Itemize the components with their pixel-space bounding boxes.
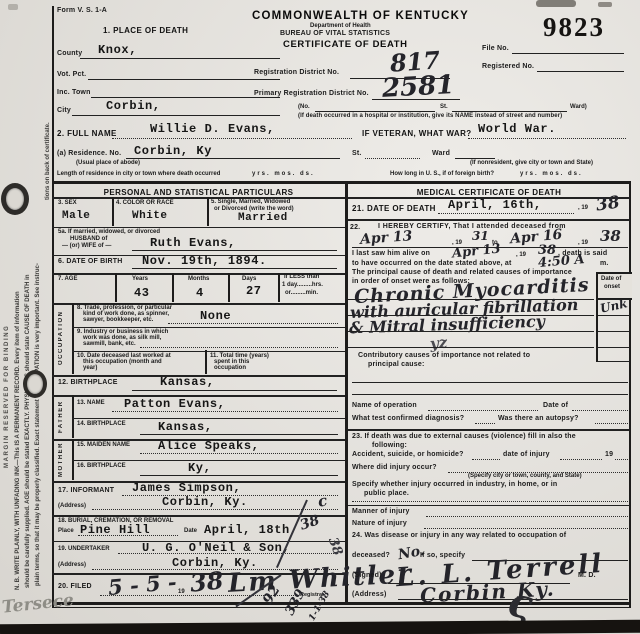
cause-line-4: [348, 346, 594, 348]
total-time-label-3: occupation: [214, 365, 246, 372]
father-name-label: 13. NAME: [77, 400, 105, 407]
full-name-label: 2. FULL NAME: [57, 129, 117, 139]
residence-label: (a) Residence. No.: [57, 150, 121, 158]
test-label: What test confirmed diagnosis?: [352, 415, 464, 423]
specify-industry-label-1: Specify whether injury occurred in indus…: [352, 481, 557, 489]
veteran-line: [468, 137, 626, 139]
rule: [348, 428, 630, 431]
scan-bottom-edge: [0, 620, 640, 634]
undertaker-address-label: (Address): [58, 562, 86, 569]
age-label: 7. AGE: [58, 276, 77, 283]
father-vertical-label: FATHER: [58, 398, 64, 435]
primary-district-label: Primary Registration District No.: [254, 90, 369, 98]
county-line: [80, 57, 280, 59]
signed-label: (Signed): [352, 572, 382, 580]
age-years-value: 43: [134, 287, 150, 299]
father-name-line: [112, 410, 338, 412]
form-bottom-rule: [52, 602, 631, 605]
mother-bp-label: 16. BIRTHPLACE: [77, 463, 126, 470]
cell-line: [115, 273, 117, 302]
mother-bp-line: [140, 474, 338, 476]
dob-line: [132, 267, 337, 269]
q23-label-1: 23. If death was due to external causes …: [352, 433, 576, 441]
father-name-value: Patton Evans,: [124, 398, 225, 410]
full-name-value: Willie D. Evans,: [150, 123, 275, 135]
operation-date-line: [572, 409, 628, 411]
cell-line: [278, 273, 280, 302]
cell-line: [205, 350, 207, 374]
length-residence-label: Length of residence in city or town wher…: [57, 171, 220, 178]
injury-19-label: 19: [605, 451, 613, 459]
operation-line: [428, 409, 538, 411]
spouse-value: Ruth Evans,: [150, 237, 236, 249]
dob-label: 6. DATE OF BIRTH: [58, 258, 123, 266]
md-label: M. D.: [578, 572, 596, 580]
burial-date-handwritten-year: 38: [298, 513, 321, 532]
operation-date-label: Date of: [543, 402, 568, 410]
trade-line: [168, 322, 338, 324]
veteran-value: World War.: [478, 123, 556, 135]
margin-note-3: plain terms, so that it may be properly …: [35, 263, 42, 586]
sex-label: 3. SEX: [58, 200, 77, 207]
operation-label: Name of operation: [352, 402, 417, 410]
margin-note-2: should be carefully supplied. AGE should…: [25, 275, 32, 589]
st-line: [452, 110, 567, 112]
reg-district-label: Registration District No.: [254, 69, 339, 77]
margin-note-1: N. B. WRITE PLAINLY, WITH UNFADING INK—T…: [15, 291, 22, 590]
undertaker-label: 19. UNDERTAKER: [58, 546, 110, 553]
from-year: 31: [472, 230, 489, 242]
primary-district-line: [372, 98, 460, 100]
form-code: Form V. S. 1-A: [57, 7, 107, 15]
cell-line: [172, 273, 174, 302]
rule: [52, 226, 345, 228]
test-line: [475, 422, 495, 424]
county-label: County: [57, 50, 82, 58]
rule: [348, 504, 630, 506]
father-bp-label: 14. BIRTHPLACE: [77, 421, 126, 428]
contributory-label-2: principal cause:: [368, 361, 425, 369]
spouse-line: [132, 249, 337, 251]
columns-top-rule: [52, 181, 631, 184]
manner-label: Manner of injury: [352, 508, 410, 516]
registered-no-label: Registered No.: [482, 63, 534, 71]
attended-from-date: Apr 13: [360, 229, 413, 247]
inc-town-label: Inc. Town: [57, 89, 91, 97]
residence-st-label: St.: [352, 150, 362, 158]
scan-smudge-top-2: [598, 2, 612, 7]
onset-line-5: [598, 360, 630, 362]
vot-line: [88, 78, 280, 80]
last-saw-date: Apr 13: [451, 242, 501, 260]
residence-ward-label: Ward: [432, 150, 450, 158]
birthplace-label: 12. BIRTHPLACE: [58, 379, 118, 387]
contrib-line-1: [352, 381, 628, 383]
industry-label-3: sawmill, bank, etc.: [83, 341, 136, 348]
birthplace-value: Kansas,: [160, 376, 215, 388]
last-worked-label-3: year): [83, 365, 97, 372]
abode-note: (Usual place of abode): [76, 160, 140, 167]
date-of-injury-label: date of injury: [503, 451, 550, 459]
age-months-label: Months: [188, 276, 209, 283]
hospital-note: (If death occurred in a hospital or inst…: [298, 113, 562, 120]
residence-ward-line: [455, 157, 495, 159]
specify-city-note: (Specify city or town, county, and State…: [468, 473, 582, 480]
onset-label-2: onset: [604, 284, 620, 291]
rule: [72, 326, 345, 328]
onset-line-4: [598, 346, 630, 348]
vot-pct-label: Vot. Pct.: [57, 71, 86, 79]
residence-st-line: [365, 157, 420, 159]
rule: [72, 350, 345, 352]
margin-scrawl-38: 38: [326, 536, 344, 557]
city-value: Corbin,: [106, 100, 161, 112]
onset-line-2: [598, 314, 630, 316]
informant-address-label: (Address): [58, 503, 86, 510]
last-saw-label: I last saw him alive on: [352, 250, 430, 258]
occupation-vertical-label: OCCUPATION: [58, 306, 64, 370]
age-months-value: 4: [196, 287, 204, 299]
form-right-border: [629, 181, 631, 607]
filed-label: 20. FILED: [58, 583, 92, 591]
death-certificate-scan: MARGIN RESERVED FOR BINDING N. B. WRITE …: [0, 0, 640, 634]
bureau-line: BUREAU OF VITAL STATISTICS: [280, 30, 390, 38]
q24-deceased-label: deceased?: [352, 552, 390, 560]
st-label: St.: [440, 104, 448, 111]
file-no-label: File No.: [482, 45, 509, 53]
burial-date-label: Date: [184, 528, 197, 535]
age-less-label-3: or.........min.: [285, 290, 318, 297]
ward-label: Ward): [570, 104, 587, 111]
scan-speck: [8, 4, 18, 10]
cause-of-death-3: & Mitral insufficiency: [349, 314, 545, 337]
where-injury-label: Where did injury occur?: [352, 464, 437, 472]
margin-binding-text: MARGIN RESERVED FOR BINDING: [4, 325, 11, 468]
autopsy-label: Was there an autopsy?: [498, 415, 579, 423]
injury-year-line: [615, 458, 628, 460]
accident-label: Accident, suicide, or homicide?: [352, 451, 464, 459]
q24-label-1: 24. Was disease or injury in any way rel…: [352, 532, 566, 540]
nonresident-note: (If nonresident, give city or town and S…: [470, 160, 593, 167]
date-of-death-19: , 19: [578, 205, 588, 212]
contributory-label-1: Contributory causes of importance not re…: [358, 352, 530, 360]
race-label: 4. COLOR OR RACE: [116, 200, 174, 207]
cell-line: [72, 303, 74, 374]
binder-hole-icon: [1, 183, 29, 215]
spouse-label-3: — (or) WIFE of —: [62, 243, 111, 250]
industry-line: [140, 346, 338, 348]
burial-date-value: April, 18th: [204, 524, 290, 536]
city-line: [72, 114, 280, 116]
informant-label: 17. INFORMANT: [58, 487, 114, 495]
to-year: 38: [600, 229, 621, 244]
age-less-label-1: If LESS than: [284, 274, 319, 281]
file-no-line: [512, 52, 624, 54]
sex-value: Male: [62, 211, 90, 222]
burial-place-line: [78, 534, 178, 536]
q23-label-2: following:: [372, 442, 407, 450]
county-value: Knox,: [98, 44, 137, 56]
nature-label: Nature of injury: [352, 520, 407, 528]
injury-date-line: [560, 458, 602, 460]
rule: [348, 218, 630, 221]
trade-value: None: [200, 310, 231, 322]
father-bp-value: Kansas,: [158, 421, 213, 433]
marital-value: Married: [238, 213, 288, 224]
pencil-signature: Tersece: [1, 592, 74, 616]
undertaker-line: [118, 552, 338, 554]
rule: [72, 417, 345, 419]
cell-line: [207, 197, 209, 226]
cell-line: [228, 273, 230, 302]
contrib-line-2: [352, 393, 628, 395]
manner-line: [426, 515, 628, 517]
accident-line: [472, 458, 500, 460]
trade-label-3: sawyer, bookkeeper, etc.: [83, 317, 153, 324]
city-label: City: [57, 107, 71, 115]
column-divider: [345, 182, 348, 603]
date-of-death-label: 21. DATE OF DEATH: [352, 204, 436, 214]
mother-name-line: [140, 452, 338, 454]
mother-name-label: 15. MAIDEN NAME: [77, 442, 130, 449]
onset-line-3: [598, 330, 630, 332]
registered-no-line: [537, 70, 624, 72]
veteran-label: IF VETERAN, WHAT WAR?: [362, 129, 472, 139]
commonwealth-title: COMMONWEALTH OF KENTUCKY: [252, 10, 469, 24]
physician-address-value: Corbin Ky.: [420, 578, 557, 605]
time-m-label: m.: [600, 260, 609, 268]
cause-flourish: yz: [429, 335, 448, 352]
rule: [52, 196, 345, 199]
residence-value: Corbin, Ky: [134, 145, 212, 157]
mother-name-value: Alice Speaks,: [158, 440, 259, 452]
length-units: yrs. mos. ds.: [252, 171, 315, 178]
onset-label-1: Date of: [601, 276, 621, 283]
full-name-line: [112, 137, 352, 139]
cause-line-3: [348, 330, 594, 332]
place-of-death-title: 1. PLACE OF DEATH: [103, 26, 188, 36]
certificate-number: 9823: [543, 14, 605, 41]
informant-address-value: Corbin, Ky.: [162, 496, 248, 508]
onset-column-line: [596, 272, 598, 362]
burial-place-label: Place: [58, 528, 74, 535]
cell-line: [112, 197, 114, 226]
time-of-death: 4:50 A: [538, 253, 586, 270]
residence-line: [126, 157, 340, 159]
father-bp-line: [140, 433, 338, 435]
mother-vertical-label: MOTHER: [58, 442, 64, 478]
mother-bp-value: Ky,: [188, 462, 211, 474]
no-label: (No.: [298, 104, 310, 111]
howlong-units: yrs. mos. ds.: [520, 171, 583, 178]
age-days-value: 27: [246, 285, 262, 297]
physician-address-label: (Address): [352, 591, 386, 599]
race-value: White: [132, 211, 168, 222]
birthplace-line: [132, 389, 337, 391]
specify-industry-label-2: public place.: [364, 490, 409, 498]
no-line: [315, 110, 435, 112]
q23-blank-line: [352, 500, 628, 502]
date-of-death-year: 38: [595, 194, 621, 214]
filed-year-handwritten: 38: [189, 568, 225, 595]
howlong-label: How long in U. S., if of foreign birth?: [390, 171, 494, 178]
binder-hole-icon: [23, 370, 47, 398]
informant-value: James Simpson,: [132, 482, 241, 494]
age-days-label: Days: [242, 276, 256, 283]
inc-line: [91, 96, 280, 98]
age-years-label: Years: [132, 276, 148, 283]
dod-line: [438, 212, 574, 214]
onset-line-1: [598, 298, 630, 300]
signature-flourish: ς: [505, 582, 535, 625]
saw-19: , 19: [516, 252, 526, 259]
occurred-label: to have occurred on the date stated abov…: [352, 260, 512, 268]
age-less-label-2: 1 day.........hrs.: [282, 282, 323, 289]
nature-line: [424, 527, 628, 529]
dob-value: Nov. 19th, 1894.: [142, 255, 267, 267]
autopsy-line: [595, 422, 628, 424]
form-bottom-rule-2: [52, 607, 631, 608]
scan-smudge-top: [536, 0, 576, 7]
date-of-death-value: April, 16th,: [448, 199, 542, 211]
